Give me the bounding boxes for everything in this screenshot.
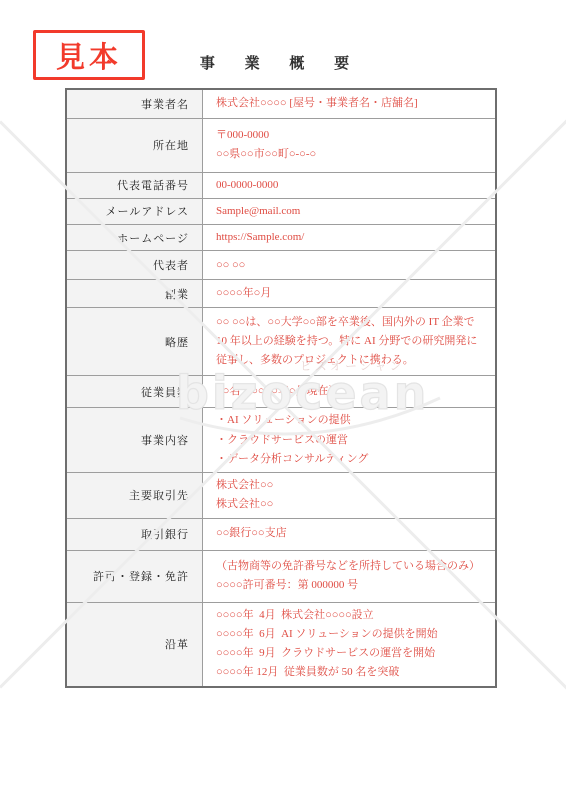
value-line: 株式会社○○ (216, 476, 487, 495)
value-line: ○○○○年 6月 AI ソリューションの提供を開始 (216, 625, 487, 644)
value-line: Sample@mail.com (216, 202, 487, 221)
table-row: 代表者 ○○ ○○ (66, 251, 496, 280)
row-label-cell: 取引銀行 (66, 518, 203, 550)
value-line: https://Sample.com/ (216, 228, 487, 247)
value-line: ○○○○年○月 (216, 284, 487, 303)
row-label-cell: 事業者名 (66, 89, 203, 118)
value-line: ○○○○許可番号：第 000000 号 (216, 576, 487, 595)
row-label-cell: 事業内容 (66, 408, 203, 473)
row-value-cell: （古物商等の免許番号などを所持している場合のみ）○○○○許可番号：第 00000… (203, 550, 497, 602)
row-label-cell: 従業員数 (66, 376, 203, 408)
business-overview-table: 事業者名 株式会社○○○○ [屋号・事業者名・店舗名] 所在地 〒000-000… (65, 88, 497, 688)
value-line: 株式会社○○○○ [屋号・事業者名・店舗名] (216, 94, 487, 113)
row-value-cell: Sample@mail.com (203, 198, 497, 224)
value-line: （古物商等の免許番号などを所持している場合のみ） (216, 557, 487, 576)
table-row: 従業員数 ○○名（○○○○年○月現在） (66, 376, 496, 408)
row-label-cell: 許可・登録・免許 (66, 550, 203, 602)
sample-stamp-label: 見本 (56, 35, 122, 76)
value-line: ○○銀行○○支店 (216, 524, 487, 543)
table-row: 事業者名 株式会社○○○○ [屋号・事業者名・店舗名] (66, 89, 496, 118)
table-row: メールアドレス Sample@mail.com (66, 198, 496, 224)
table-row: ホームページ https://Sample.com/ (66, 225, 496, 251)
table-row: 沿革 ○○○○年 4月 株式会社○○○○設立○○○○年 6月 AI ソリューショ… (66, 602, 496, 687)
table-row: 主要取引先 株式会社○○株式会社○○ (66, 473, 496, 519)
row-label-cell: 代表者 (66, 251, 203, 280)
value-line: ○○名（○○○○年○月現在） (216, 382, 487, 401)
row-value-cell: ○○銀行○○支店 (203, 518, 497, 550)
value-line: ○○○○年 12月 従業員数が 50 名を突破 (216, 663, 487, 682)
value-line: ・AI ソリューションの提供 (216, 411, 487, 430)
row-value-cell: ○○名（○○○○年○月現在） (203, 376, 497, 408)
page: { "stamp": { "label": "見本" }, "title": "… (0, 0, 566, 800)
value-line: ・データ分析コンサルティング (216, 450, 487, 469)
row-label-cell: ホームページ (66, 225, 203, 251)
sample-stamp: 見本 (33, 30, 145, 80)
value-line: 00-0000-0000 (216, 176, 487, 195)
row-label-cell: 創業 (66, 280, 203, 308)
row-label-cell: 代表電話番号 (66, 172, 203, 198)
table-row: 所在地 〒000-0000○○県○○市○○町○-○-○ (66, 118, 496, 172)
row-value-cell: 〒000-0000○○県○○市○○町○-○-○ (203, 118, 497, 172)
table-row: 事業内容 ・AI ソリューションの提供・クラウドサービスの運営・データ分析コンサ… (66, 408, 496, 473)
value-line: ○○ ○○ (216, 256, 487, 275)
row-value-cell: ○○ ○○は、○○大学○○部を卒業後、国内外の IT 企業で 10 年以上の経験… (203, 308, 497, 376)
value-line: ○○ ○○は、○○大学○○部を卒業後、国内外の IT 企業で 10 年以上の経験… (216, 313, 487, 371)
value-line: 〒000-0000 (216, 126, 487, 145)
table-row: 許可・登録・免許 （古物商等の免許番号などを所持している場合のみ）○○○○許可番… (66, 550, 496, 602)
table-row: 取引銀行 ○○銀行○○支店 (66, 518, 496, 550)
value-line: ○○県○○市○○町○-○-○ (216, 145, 487, 164)
table-row: 創業 ○○○○年○月 (66, 280, 496, 308)
row-value-cell: ○○○○年 4月 株式会社○○○○設立○○○○年 6月 AI ソリューションの提… (203, 602, 497, 687)
value-line: ○○○○年 9月 クラウドサービスの運営を開始 (216, 644, 487, 663)
row-value-cell: 株式会社○○○○ [屋号・事業者名・店舗名] (203, 89, 497, 118)
row-value-cell: ・AI ソリューションの提供・クラウドサービスの運営・データ分析コンサルティング (203, 408, 497, 473)
value-line: ○○○○年 4月 株式会社○○○○設立 (216, 606, 487, 625)
row-label-cell: 沿革 (66, 602, 203, 687)
table-row: 代表電話番号 00-0000-0000 (66, 172, 496, 198)
row-label-cell: 所在地 (66, 118, 203, 172)
row-value-cell: 株式会社○○株式会社○○ (203, 473, 497, 519)
row-value-cell: https://Sample.com/ (203, 225, 497, 251)
row-label-cell: メールアドレス (66, 198, 203, 224)
row-value-cell: 00-0000-0000 (203, 172, 497, 198)
row-value-cell: ○○○○年○月 (203, 280, 497, 308)
row-label-cell: 主要取引先 (66, 473, 203, 519)
business-overview-table-wrap: 事業者名 株式会社○○○○ [屋号・事業者名・店舗名] 所在地 〒000-000… (65, 88, 497, 688)
value-line: 株式会社○○ (216, 495, 487, 514)
table-row: 略歴 ○○ ○○は、○○大学○○部を卒業後、国内外の IT 企業で 10 年以上… (66, 308, 496, 376)
row-value-cell: ○○ ○○ (203, 251, 497, 280)
document-page: 見本 事 業 概 要 事業者名 株式会社○○○○ [屋号・事業者名・店舗名] 所… (0, 0, 566, 800)
row-label-cell: 略歴 (66, 308, 203, 376)
value-line: ・クラウドサービスの運営 (216, 431, 487, 450)
